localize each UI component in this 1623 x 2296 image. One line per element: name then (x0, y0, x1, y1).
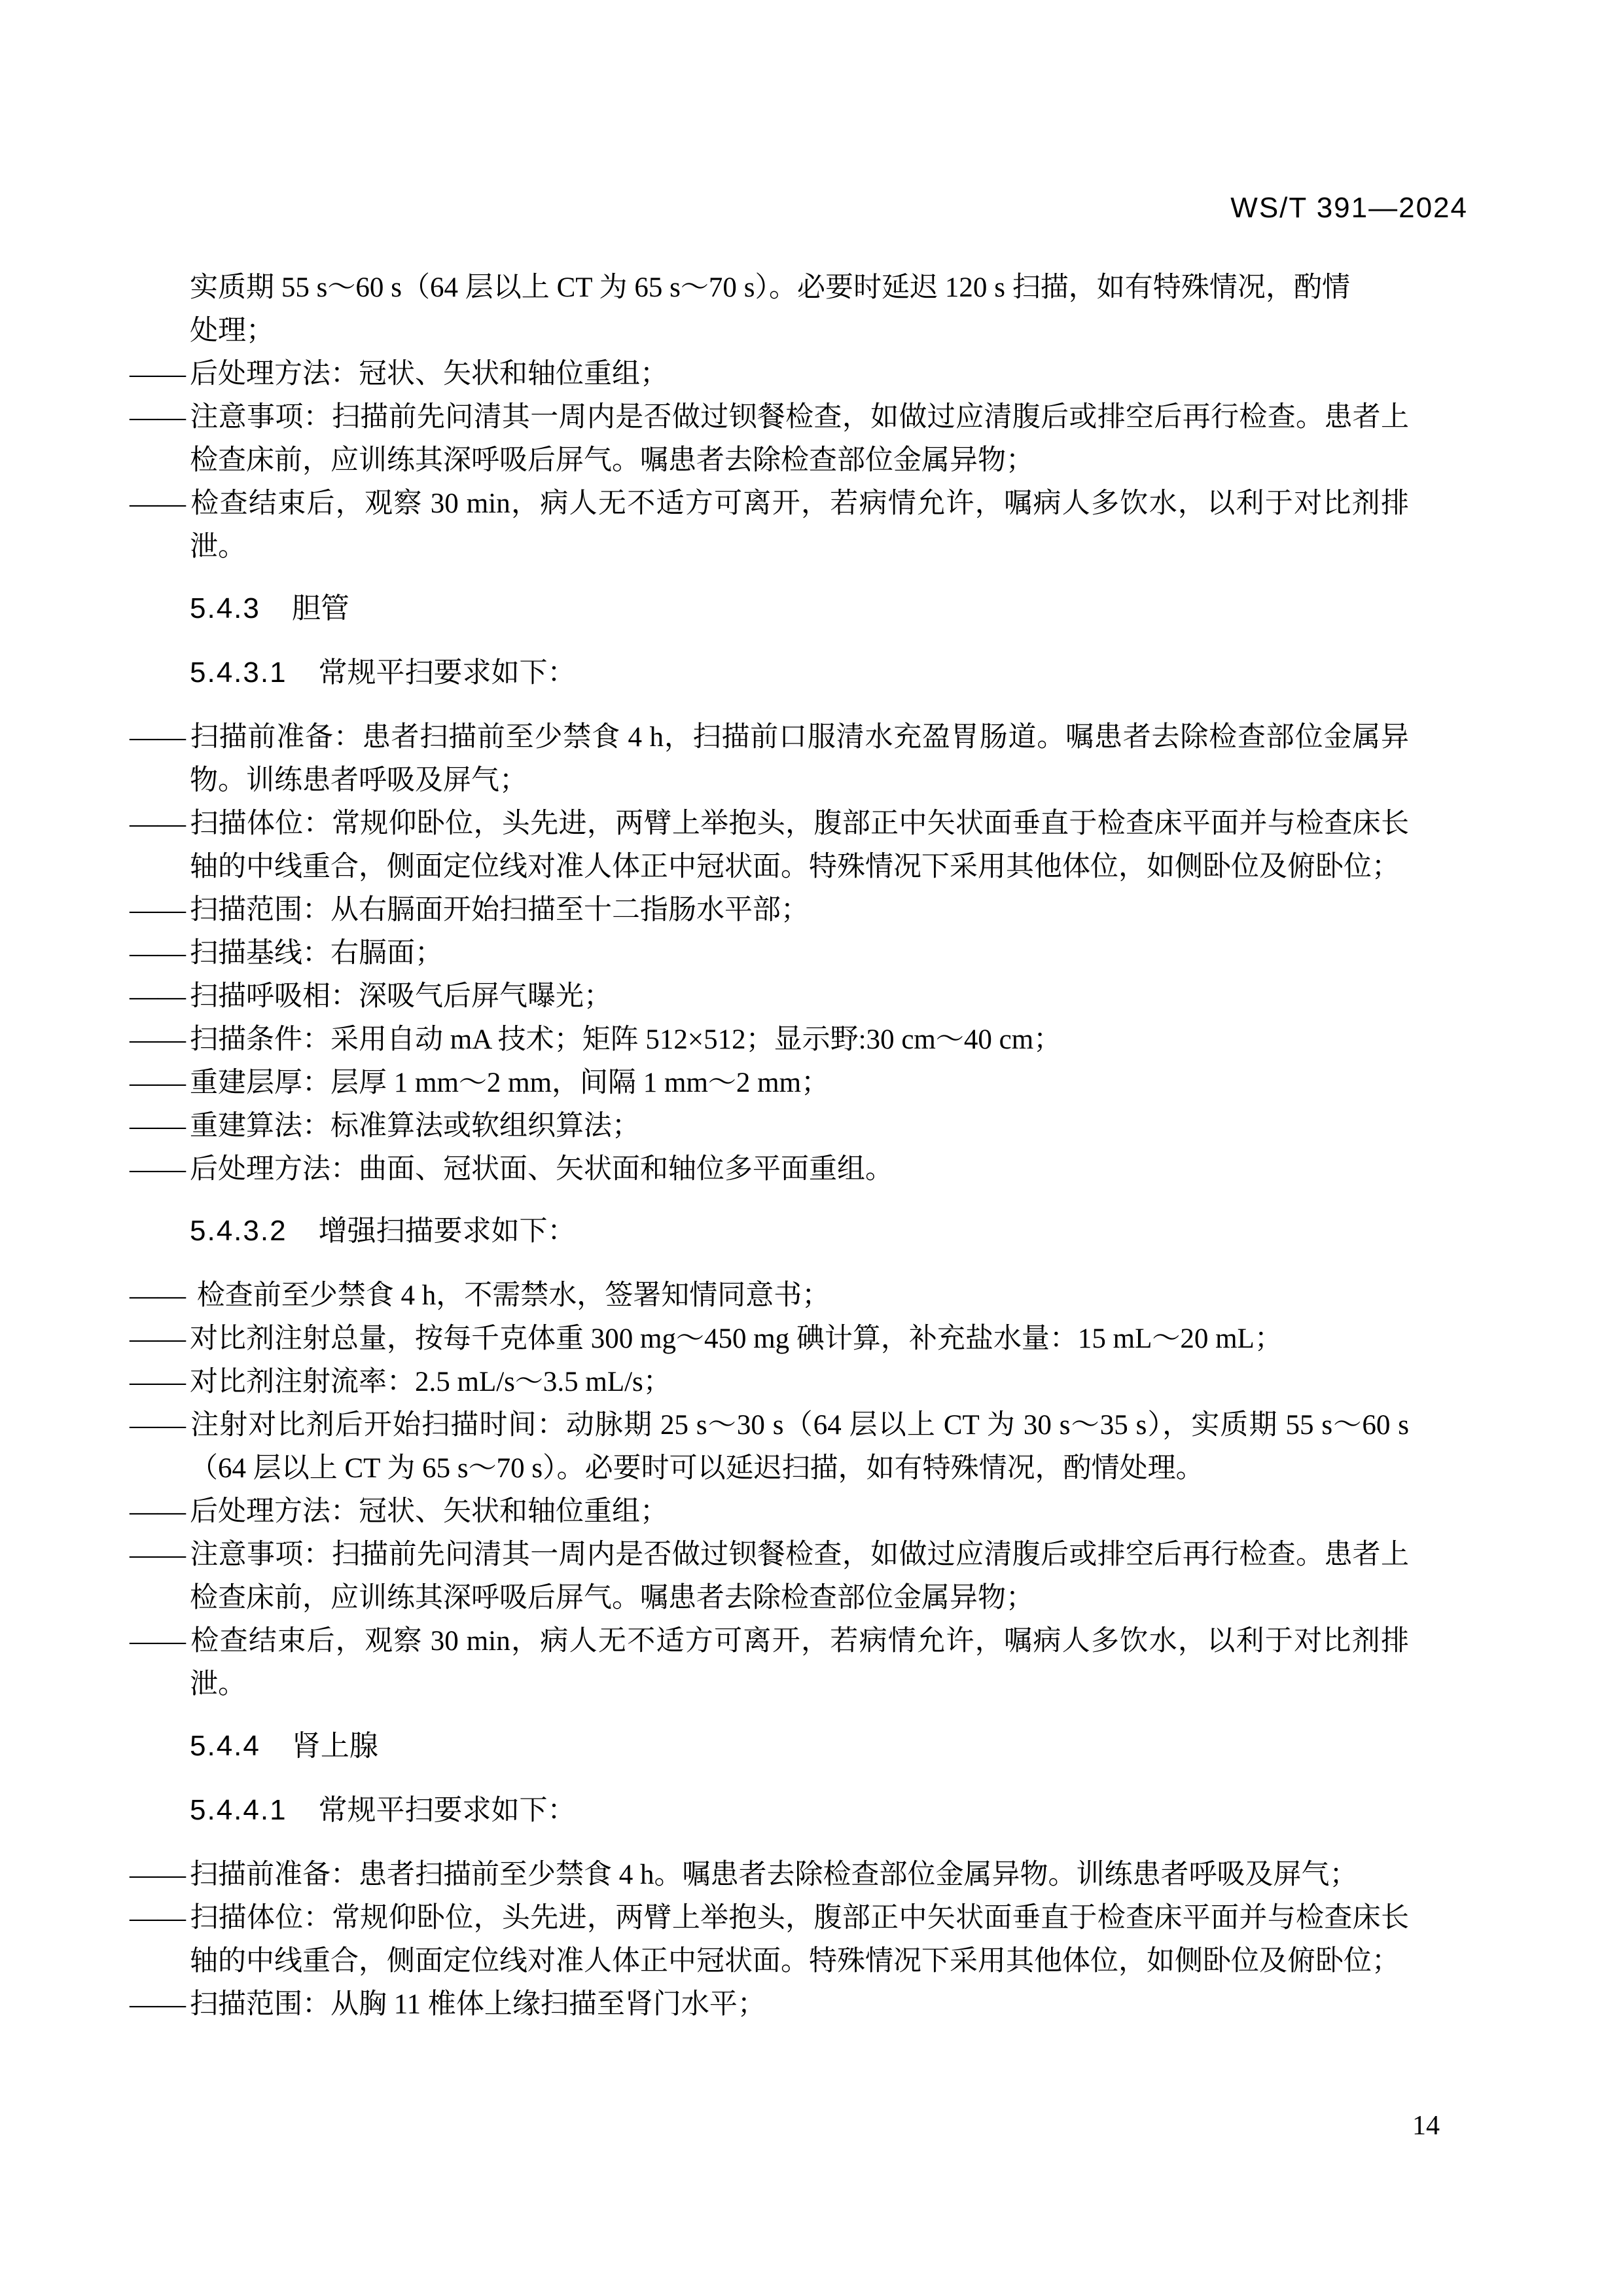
list-item-dash: —— (130, 716, 190, 759)
list-item-dash: —— (130, 1148, 190, 1191)
list-item-dash: —— (130, 1018, 190, 1062)
list-item-dash: —— (130, 1897, 190, 1940)
list-item: ——扫描基线：右膈面； (190, 932, 1409, 975)
list-item: ——注意事项：扫描前先问清其一周内是否做过钡餐检查，如做过应清腹后或排空后再行检… (190, 396, 1409, 482)
page-number: 14 (1412, 2111, 1440, 2141)
list-item: ——后处理方法：曲面、冠状面、矢状面和轴位多平面重组。 (190, 1148, 1409, 1191)
clause-number: 5.4.4.1 (190, 1789, 287, 1832)
list-item: ——检查结束后，观察 30 min，病人无不适方可离开，若病情允许，嘱病人多饮水… (190, 482, 1409, 569)
list-item-text: 扫描体位：常规仰卧位，头先进，两臂上举抱头，腹部正中矢状面垂直于检查床平面并与检… (190, 808, 1409, 882)
clause-title: 增强扫描要求 (319, 1215, 491, 1247)
list-item-dash: —— (130, 396, 190, 439)
list-item: ——注射对比剂后开始扫描时间：动脉期 25 s～30 s（64 层以上 CT 为… (190, 1404, 1409, 1490)
list-item-text: 重建算法：标准算法或软组织算法； (190, 1111, 640, 1141)
section-heading-543: 5.4.3胆管 (190, 587, 1468, 630)
list-item-text: 后处理方法：曲面、冠状面、矢状面和轴位多平面重组。 (190, 1154, 893, 1185)
list-item-dash: —— (130, 353, 190, 396)
list-item-text: 注射对比剂后开始扫描时间：动脉期 25 s～30 s（64 层以上 CT 为 3… (190, 1410, 1409, 1484)
list-item-text: 扫描范围：从右膈面开始扫描至十二指肠水平部； (190, 895, 809, 925)
clause-number: 5.4.3.2 (190, 1210, 287, 1253)
list-item: ——扫描前准备：患者扫描前至少禁食 4 h。嘱患者去除检查部位金属异物。训练患者… (190, 1854, 1409, 1897)
list-item-text: 对比剂注射总量，按每千克体重 300 mg～450 mg 碘计算，补充盐水量：1… (190, 1323, 1283, 1354)
list-item-text: 检查结束后，观察 30 min，病人无不适方可离开，若病情允许，嘱病人多饮水，以… (190, 488, 1409, 562)
clause-title: 常规平扫要求 (319, 656, 491, 689)
list-item-dash: —— (130, 1534, 190, 1577)
list-item: ——重建算法：标准算法或软组织算法； (190, 1105, 1409, 1148)
list-item-dash: —— (130, 1490, 190, 1534)
list-item-dash: —— (130, 932, 190, 975)
list-item-text: 扫描范围：从胸 11 椎体上缘扫描至肾门水平； (190, 1989, 766, 2020)
list-item-dash: —— (130, 1318, 190, 1361)
list-item: ——扫描体位：常规仰卧位，头先进，两臂上举抱头，腹部正中矢状面垂直于检查床平面并… (190, 802, 1409, 889)
document-page: WS/T 391—2024 实质期 55 s～60 s（64 层以上 CT 为 … (0, 0, 1623, 2296)
list-item-dash: —— (130, 975, 190, 1018)
list-item: ——注意事项：扫描前先问清其一周内是否做过钡餐检查，如做过应清腹后或排空后再行检… (190, 1534, 1409, 1620)
list-item-text: 对比剂注射流率：2.5 mL/s～3.5 mL/s； (190, 1367, 671, 1397)
clause-title-tail: 如下： (491, 1216, 576, 1247)
list-item: ——扫描范围：从右膈面开始扫描至十二指肠水平部； (190, 889, 1409, 932)
list-item-dash: —— (130, 482, 190, 526)
clause-number: 5.4.4 (190, 1725, 260, 1768)
document-body: 实质期 55 s～60 s（64 层以上 CT 为 65 s～70 s）。必要时… (190, 266, 1468, 2026)
list-item: ——后处理方法：冠状、矢状和轴位重组； (190, 353, 1409, 396)
clause-title: 常规平扫要求 (319, 1794, 491, 1826)
list-item-text: 注意事项：扫描前先问清其一周内是否做过钡餐检查，如做过应清腹后或排空后再行检查。… (190, 1539, 1409, 1613)
list-item-text: 后处理方法：冠状、矢状和轴位重组； (190, 1496, 668, 1527)
list-item: ——重建层厚：层厚 1 mm～2 mm，间隔 1 mm～2 mm； (190, 1062, 1409, 1105)
list-item-text: 扫描前准备：患者扫描前至少禁食 4 h。嘱患者去除检查部位金属异物。训练患者呼吸… (190, 1859, 1358, 1890)
list-item: ——扫描前准备：患者扫描前至少禁食 4 h，扫描前口服清水充盈胃肠道。嘱患者去除… (190, 716, 1409, 802)
list-item-text: 扫描前准备：患者扫描前至少禁食 4 h，扫描前口服清水充盈胃肠道。嘱患者去除检查… (190, 722, 1409, 796)
list-item-dash: —— (130, 1854, 190, 1897)
clause-title-tail: 如下： (491, 658, 576, 689)
clause-title: 肾上腺 (292, 1730, 378, 1762)
list-item: ——检查结束后，观察 30 min，病人无不适方可离开，若病情允许，嘱病人多饮水… (190, 1620, 1409, 1706)
section-heading-544: 5.4.4肾上腺 (190, 1725, 1468, 1768)
list-item-dash: —— (130, 1062, 190, 1105)
list-item-text: 注意事项：扫描前先问清其一周内是否做过钡餐检查，如做过应清腹后或排空后再行检查。… (190, 402, 1409, 476)
list-item: ——扫描范围：从胸 11 椎体上缘扫描至肾门水平； (190, 1983, 1409, 2026)
list-item: ——扫描体位：常规仰卧位，头先进，两臂上举抱头，腹部正中矢状面垂直于检查床平面并… (190, 1897, 1409, 1983)
list-item-dash: —— (130, 1620, 190, 1663)
list-item: —— 检查前至少禁食 4 h，不需禁水，签署知情同意书； (190, 1274, 1409, 1318)
list-item-text: 后处理方法：冠状、矢状和轴位重组； (190, 359, 668, 389)
list-item-dash: —— (130, 1274, 190, 1318)
list-item: ——对比剂注射总量，按每千克体重 300 mg～450 mg 碘计算，补充盐水量… (190, 1318, 1409, 1361)
list-item-text: 扫描条件：采用自动 mA 技术；矩阵 512×512；显示野:30 cm～40 … (190, 1024, 1061, 1055)
list-item-text: 检查前至少禁食 4 h，不需禁水，签署知情同意书； (190, 1280, 830, 1311)
clause-title-tail: 如下： (491, 1795, 576, 1826)
subsection-heading-5441: 5.4.4.1常规平扫要求如下： (190, 1789, 1468, 1833)
list-item-dash: —— (130, 1983, 190, 2026)
continued-paragraph: 实质期 55 s～60 s（64 层以上 CT 为 65 s～70 s）。必要时… (190, 266, 1350, 353)
subsection-heading-5431: 5.4.3.1常规平扫要求如下： (190, 651, 1468, 695)
list-item-text: 重建层厚：层厚 1 mm～2 mm，间隔 1 mm～2 mm； (190, 1067, 829, 1098)
subsection-heading-5432: 5.4.3.2增强扫描要求如下： (190, 1210, 1468, 1253)
list-item-dash: —— (130, 889, 190, 932)
list-item-text: 检查结束后，观察 30 min，病人无不适方可离开，若病情允许，嘱病人多饮水，以… (190, 1626, 1409, 1700)
list-item-dash: —— (130, 1361, 190, 1404)
list-item-dash: —— (130, 1105, 190, 1148)
document-code-header: WS/T 391—2024 (1230, 194, 1468, 223)
list-item: ——后处理方法：冠状、矢状和轴位重组； (190, 1490, 1409, 1534)
list-item-dash: —— (130, 802, 190, 846)
list-item-text: 扫描基线：右膈面； (190, 938, 443, 969)
list-item-text: 扫描呼吸相：深吸气后屏气曝光； (190, 981, 612, 1012)
clause-number: 5.4.3 (190, 587, 260, 630)
list-item: ——扫描条件：采用自动 mA 技术；矩阵 512×512；显示野:30 cm～4… (190, 1018, 1409, 1062)
list-item: ——对比剂注射流率：2.5 mL/s～3.5 mL/s； (190, 1361, 1409, 1404)
list-item-dash: —— (130, 1404, 190, 1447)
list-item-text: 扫描体位：常规仰卧位，头先进，两臂上举抱头，腹部正中矢状面垂直于检查床平面并与检… (190, 1903, 1409, 1977)
list-item: ——扫描呼吸相：深吸气后屏气曝光； (190, 975, 1409, 1018)
clause-title: 胆管 (292, 592, 349, 624)
clause-number: 5.4.3.1 (190, 651, 287, 694)
